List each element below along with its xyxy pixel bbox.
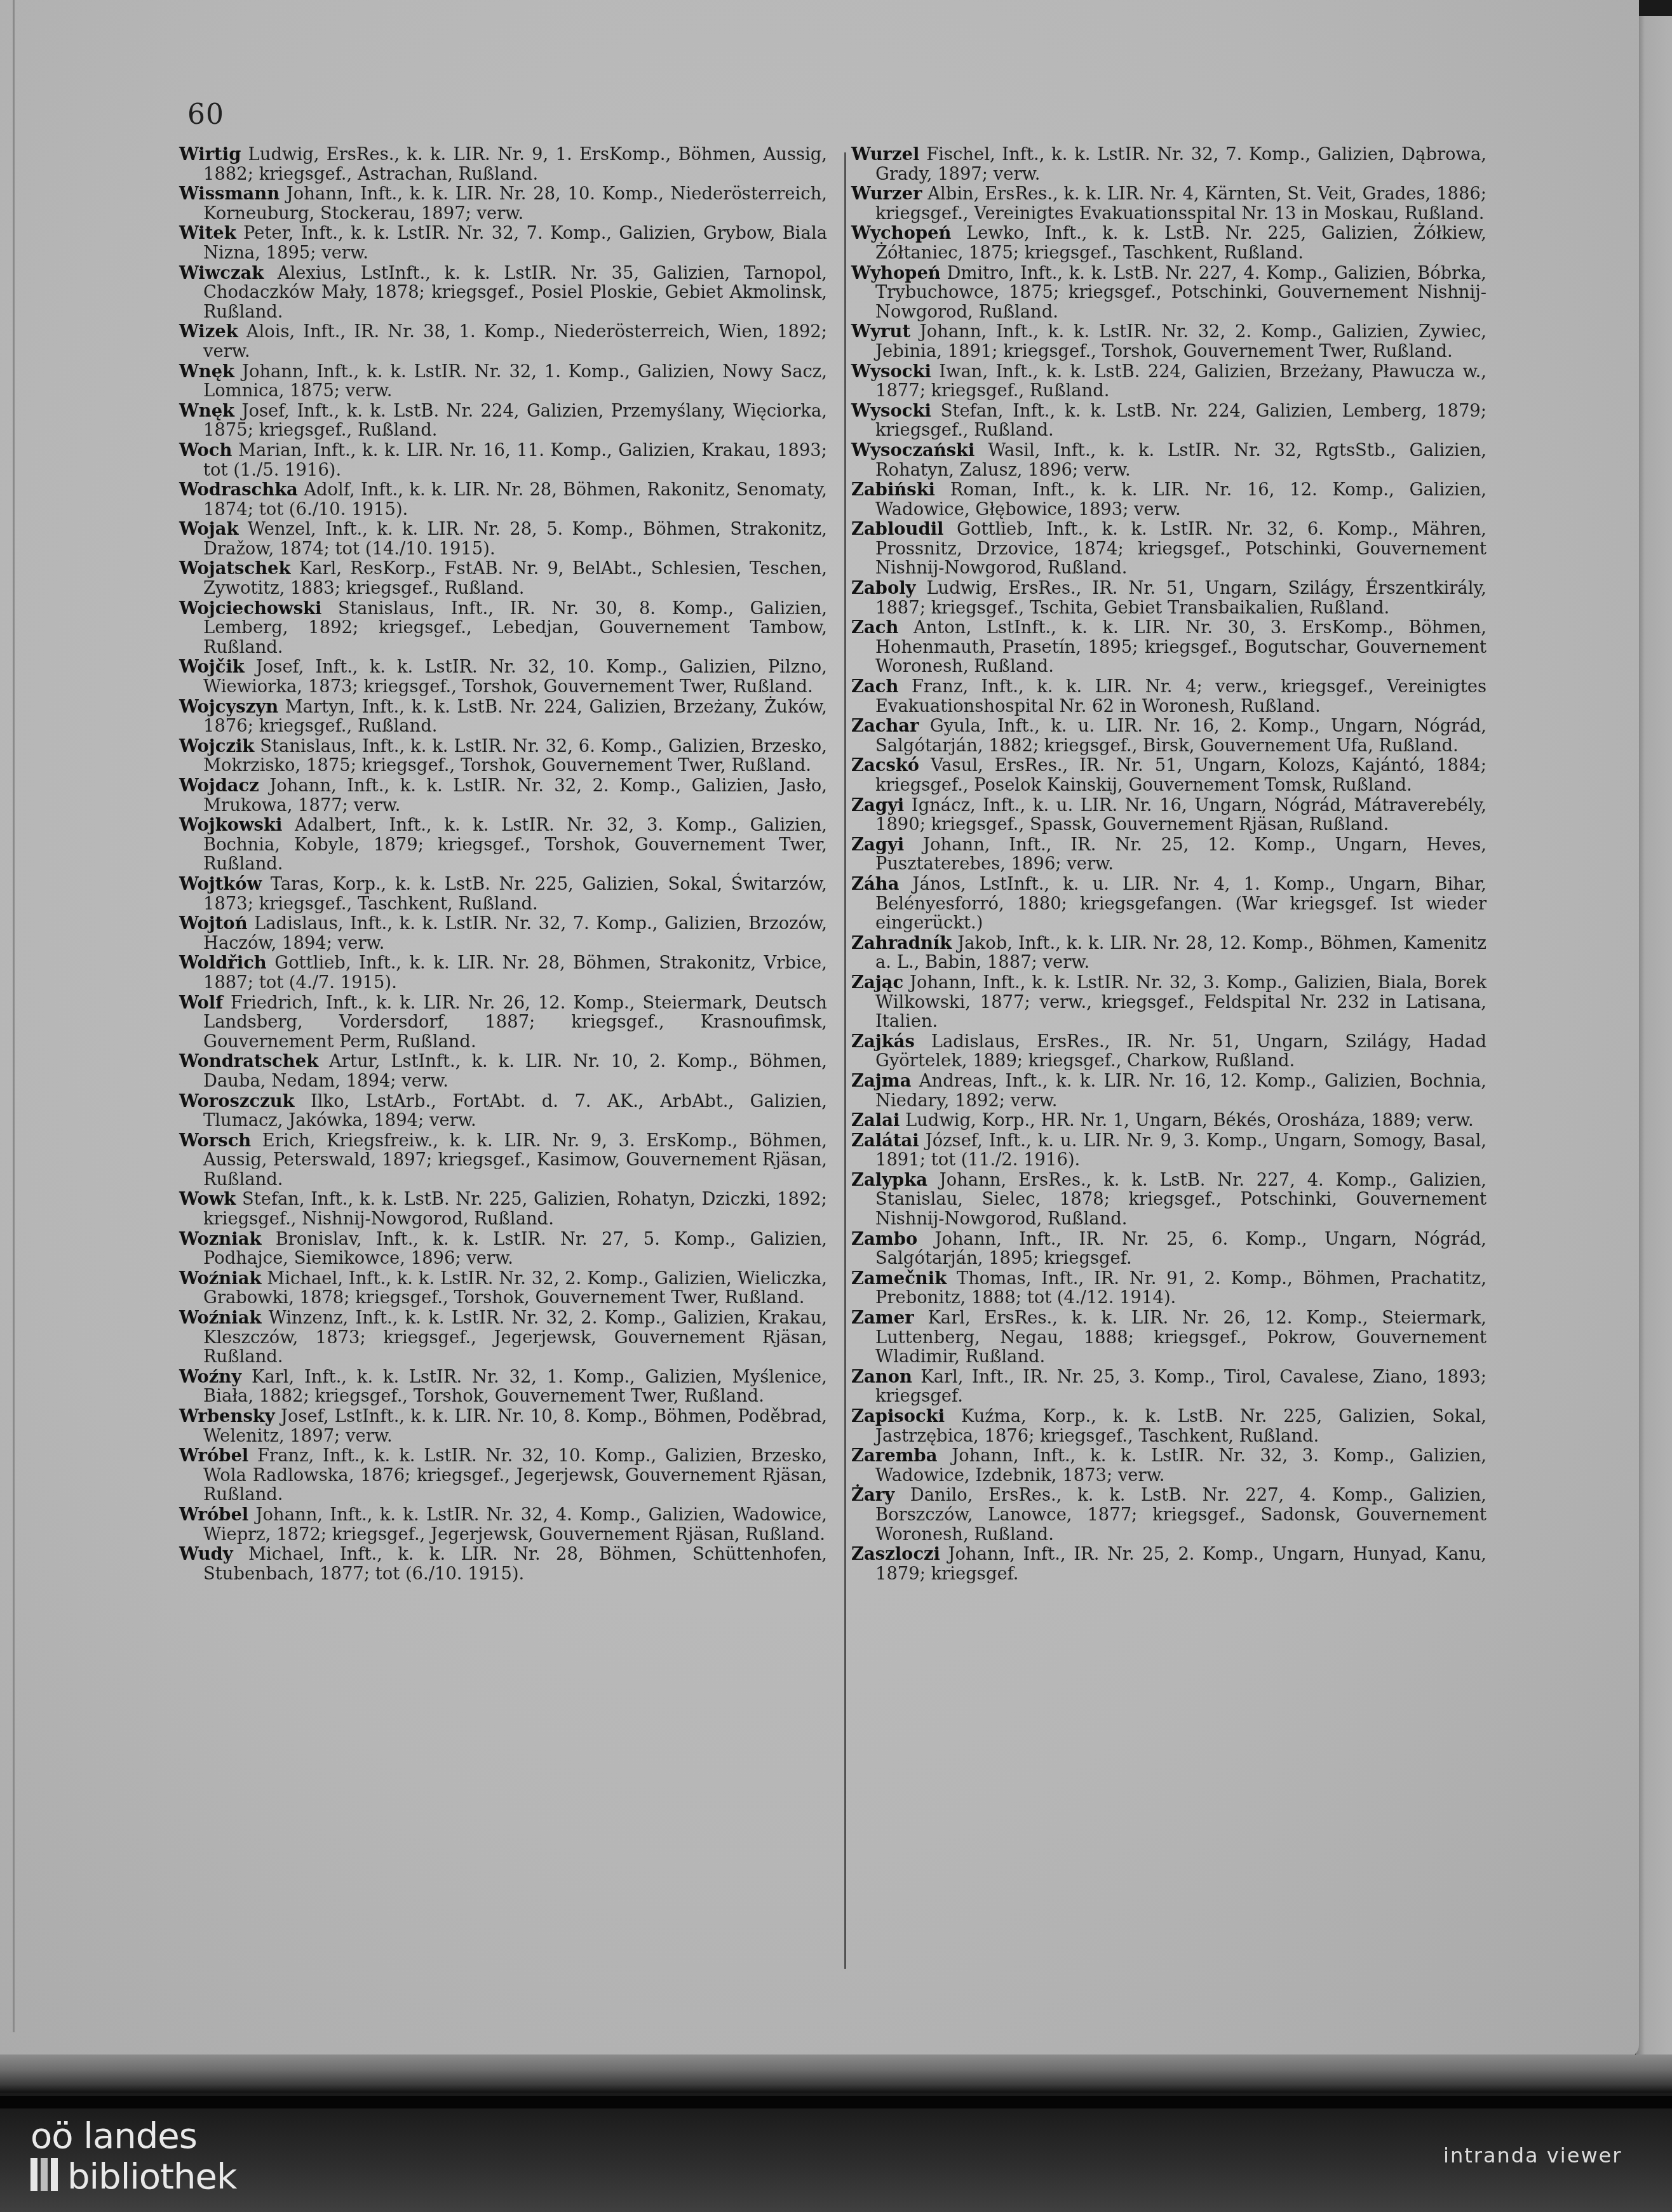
entry-details: Josef, LstInft., k. k. LIR. Nr. 10, 8. K…	[203, 1407, 827, 1446]
entry-details: Albin, ErsRes., k. k. LIR. Nr. 4, Kärnte…	[875, 184, 1487, 224]
entry-details: Peter, Inft., k. k. LstIR. Nr. 32, 7. Ko…	[203, 224, 827, 263]
register-entry: Zajma Andreas, Inft., k. k. LIR. Nr. 16,…	[851, 1071, 1487, 1111]
entry-surname: Wudy	[179, 1544, 233, 1564]
entry-details: Johann, Inft., IR. Nr. 25, 12. Komp., Un…	[875, 835, 1487, 875]
entry-details: Marian, Inft., k. k. LIR. Nr. 16, 11. Ko…	[203, 441, 827, 480]
entry-surname: Żary	[851, 1485, 894, 1505]
entry-surname: Wróbel	[179, 1445, 248, 1466]
entry-details: Ladislaus, ErsRes., IR. Nr. 51, Ungarn, …	[875, 1032, 1487, 1071]
entry-surname: Wirtig	[179, 144, 241, 164]
entry-details: Bronislav, Inft., k. k. LstIR. Nr. 27, 5…	[203, 1230, 827, 1269]
entry-surname: Woźniak	[179, 1268, 261, 1289]
entry-surname: Zachar	[851, 716, 919, 736]
entry-surname: Woźniak	[179, 1308, 261, 1328]
entry-details: Karl, Inft., IR. Nr. 25, 3. Komp., Tirol…	[875, 1367, 1487, 1407]
entry-details: Wenzel, Inft., k. k. LIR. Nr. 28, 5. Kom…	[203, 519, 827, 559]
entry-surname: Zajma	[851, 1071, 911, 1091]
entry-details: Johann, Inft., k. k. LstIR. Nr. 32, 2. K…	[203, 776, 827, 815]
entry-details: Michael, Inft., k. k. LIR. Nr. 28, Böhme…	[203, 1545, 827, 1584]
entry-details: Andreas, Inft., k. k. LIR. Nr. 16, 12. K…	[875, 1071, 1487, 1111]
viewer-product-label[interactable]: intranda viewer	[1443, 2143, 1622, 2168]
register-entry: Zalai Ludwig, Korp., HR. Nr. 1, Ungarn, …	[851, 1111, 1487, 1131]
entry-surname: Wyhopeń	[851, 263, 941, 283]
entry-surname: Wojcyszyn	[179, 697, 278, 717]
register-entry: Zach Anton, LstInft., k. k. LIR. Nr. 30,…	[851, 618, 1487, 677]
entry-details: Ladislaus, Inft., k. k. LstIR. Nr. 32, 7…	[203, 914, 827, 953]
entry-surname: Wojczik	[179, 736, 254, 756]
entry-details: Stanislaus, Inft., k. k. LstIR. Nr. 32, …	[203, 737, 827, 776]
entry-details: Stefan, Inft., k. k. LstB. Nr. 225, Gali…	[203, 1190, 827, 1229]
document-page: 60 Wirtig Ludwig, ErsRes., k. k. LIR. Nr…	[0, 0, 1639, 2058]
entry-details: Franz, Inft., k. k. LstIR. Nr. 32, 10. K…	[203, 1446, 827, 1505]
entry-details: József, Inft., k. u. LIR. Nr. 9, 3. Komp…	[875, 1131, 1487, 1170]
entry-surname: Zanon	[851, 1367, 912, 1387]
register-entry: Wowk Stefan, Inft., k. k. LstB. Nr. 225,…	[179, 1190, 827, 1229]
entry-surname: Wondratschek	[179, 1051, 318, 1071]
entry-surname: Wolf	[179, 993, 223, 1013]
register-entry: Woźny Karl, Inft., k. k. LstIR. Nr. 32, …	[179, 1367, 827, 1407]
entry-surname: Zagyi	[851, 795, 904, 815]
entry-details: Lewko, Inft., k. k. LstB. Nr. 225, Galiz…	[875, 224, 1487, 263]
entry-details: Friedrich, Inft., k. k. LIR. Nr. 26, 12.…	[203, 993, 827, 1052]
entry-surname: Woldřich	[179, 953, 267, 973]
entry-surname: Wodraschka	[179, 479, 298, 500]
entry-surname: Zaremba	[851, 1445, 937, 1466]
register-entry: Zalátai József, Inft., k. u. LIR. Nr. 9,…	[851, 1131, 1487, 1170]
logo-bars-icon	[30, 2158, 61, 2199]
entry-surname: Zajkás	[851, 1031, 915, 1052]
entry-details: Johann, Inft., k. k. LstIR. Nr. 32, 1. K…	[203, 362, 827, 401]
entry-surname: Záha	[851, 874, 899, 894]
entry-surname: Wowk	[179, 1189, 236, 1209]
register-entry: Wojczik Stanislaus, Inft., k. k. LstIR. …	[179, 737, 827, 776]
register-entry: Zahradník Jakob, Inft., k. k. LIR. Nr. 2…	[851, 934, 1487, 973]
register-entry: Zaremba Johann, Inft., k. k. LstIR. Nr. …	[851, 1446, 1487, 1485]
entry-surname: Wróbel	[179, 1505, 248, 1525]
entry-surname: Zamečnik	[851, 1268, 947, 1289]
register-entry: Zabiński Roman, Inft., k. k. LIR. Nr. 16…	[851, 480, 1487, 519]
entry-details: Johann, ErsRes., k. k. LstB. Nr. 227, 4.…	[875, 1170, 1487, 1229]
entry-surname: Zaboly	[851, 578, 916, 598]
register-entry: Żary Danilo, ErsRes., k. k. LstB. Nr. 22…	[851, 1485, 1487, 1545]
entry-surname: Woch	[179, 440, 232, 460]
entry-details: Taras, Korp., k. k. LstB. Nr. 225, Galiz…	[203, 875, 827, 914]
entry-surname: Wozniak	[179, 1229, 261, 1249]
register-entry: Wudy Michael, Inft., k. k. LIR. Nr. 28, …	[179, 1545, 827, 1584]
register-entry: Wnęk Josef, Inft., k. k. LstB. Nr. 224, …	[179, 401, 827, 441]
entry-surname: Zalai	[851, 1110, 900, 1130]
register-entry: Wyrut Johann, Inft., k. k. LstIR. Nr. 32…	[851, 322, 1487, 361]
entry-details: Dmitro, Inft., k. k. LstB. Nr. 227, 4. K…	[875, 264, 1487, 322]
entry-surname: Wysocki	[851, 401, 931, 421]
entry-surname: Wrbensky	[179, 1406, 275, 1426]
register-entry: Wojkowski Adalbert, Inft., k. k. LstIR. …	[179, 815, 827, 875]
entry-details: Gyula, Inft., k. u. LIR. Nr. 16, 2. Komp…	[875, 716, 1487, 756]
register-entry: Wojcyszyn Martyn, Inft., k. k. LstB. Nr.…	[179, 697, 827, 737]
register-entry: Wysoczański Wasil, Inft., k. k. LstIR. N…	[851, 441, 1487, 480]
entry-details: Josef, Inft., k. k. LstIR. Nr. 32, 10. K…	[203, 657, 827, 697]
viewer-footer	[0, 2108, 1672, 2212]
entry-surname: Wychopeń	[851, 223, 951, 243]
entry-details: Vasul, ErsRes., IR. Nr. 51, Ungarn, Kolo…	[875, 756, 1487, 795]
entry-surname: Zach	[851, 617, 898, 638]
register-entry: Wojatschek Karl, ResKorp., FstAB. Nr. 9,…	[179, 559, 827, 598]
entry-details: Jakob, Inft., k. k. LIR. Nr. 28, 12. Kom…	[875, 934, 1487, 973]
register-entry: Zachar Gyula, Inft., k. u. LIR. Nr. 16, …	[851, 716, 1487, 756]
entry-details: Iwan, Inft., k. k. LstB. 224, Galizien, …	[875, 362, 1487, 401]
entry-surname: Wojtoń	[179, 913, 248, 934]
register-entry: Wojčik Josef, Inft., k. k. LstIR. Nr. 32…	[179, 657, 827, 697]
entry-details: Alexius, LstInft., k. k. LstIR. Nr. 35, …	[203, 264, 827, 322]
page-binding-edge	[13, 0, 15, 2032]
register-entry: Wysocki Stefan, Inft., k. k. LstB. Nr. 2…	[851, 401, 1487, 441]
entry-details: Karl, ErsRes., k. k. LIR. Nr. 26, 12. Ko…	[875, 1308, 1487, 1367]
register-entry: Wojak Wenzel, Inft., k. k. LIR. Nr. 28, …	[179, 519, 827, 559]
register-entry: Wozniak Bronislav, Inft., k. k. LstIR. N…	[179, 1230, 827, 1269]
entry-details: Winzenz, Inft., k. k. LstIR. Nr. 32, 2. …	[203, 1308, 827, 1367]
register-entry: Wondratschek Artur, LstInft., k. k. LIR.…	[179, 1052, 827, 1091]
entry-details: Thomas, Inft., IR. Nr. 91, 2. Komp., Böh…	[875, 1269, 1487, 1308]
entry-surname: Wiwczak	[179, 263, 264, 283]
register-entry: Wysocki Iwan, Inft., k. k. LstB. 224, Ga…	[851, 362, 1487, 401]
register-entry: Woźniak Michael, Inft., k. k. LstIR. Nr.…	[179, 1269, 827, 1308]
register-entry: Wolf Friedrich, Inft., k. k. LIR. Nr. 26…	[179, 993, 827, 1052]
entry-details: Johann, Inft., IR. Nr. 25, 6. Komp., Ung…	[875, 1230, 1487, 1269]
entry-surname: Wnęk	[179, 361, 234, 382]
entry-details: Danilo, ErsRes., k. k. LstB. Nr. 227, 4.…	[875, 1485, 1487, 1544]
entry-surname: Wyrut	[851, 321, 910, 342]
left-column: Wirtig Ludwig, ErsRes., k. k. LIR. Nr. 9…	[179, 145, 827, 1584]
register-entry: Wychopeń Lewko, Inft., k. k. LstB. Nr. 2…	[851, 224, 1487, 263]
entry-details: János, LstInft., k. u. LIR. Nr. 4, 1. Ko…	[875, 875, 1487, 933]
register-entry: Wojdacz Johann, Inft., k. k. LstIR. Nr. …	[179, 776, 827, 815]
entry-details: Johann, Inft., k. k. LstIR. Nr. 32, 4. K…	[203, 1505, 827, 1545]
register-entry: Wirtig Ludwig, ErsRes., k. k. LIR. Nr. 9…	[179, 145, 827, 184]
entry-details: Adalbert, Inft., k. k. LstIR. Nr. 32, 3.…	[203, 815, 827, 874]
entry-surname: Zahradník	[851, 933, 952, 953]
register-entry: Wurzer Albin, ErsRes., k. k. LIR. Nr. 4,…	[851, 184, 1487, 224]
register-entry: Wissmann Johann, Inft., k. k. LIR. Nr. 2…	[179, 184, 827, 224]
entry-details: Michael, Inft., k. k. LstIR. Nr. 32, 2. …	[203, 1269, 827, 1308]
register-entry: Wnęk Johann, Inft., k. k. LstIR. Nr. 32,…	[179, 362, 827, 401]
register-entry: Worsch Erich, Kriegsfreiw., k. k. LIR. N…	[179, 1131, 827, 1190]
entry-surname: Zacskó	[851, 755, 919, 775]
entry-details: Martyn, Inft., k. k. LstB. Nr. 224, Gali…	[203, 697, 827, 737]
right-column: Wurzel Fischel, Inft., k. k. LstIR. Nr. …	[851, 145, 1487, 1584]
register-entry: Wyhopeń Dmitro, Inft., k. k. LstB. Nr. 2…	[851, 264, 1487, 323]
entry-surname: Zabloudil	[851, 519, 943, 539]
entry-surname: Wurzel	[851, 144, 919, 164]
column-divider	[844, 152, 846, 1969]
register-entry: Zaboly Ludwig, ErsRes., IR. Nr. 51, Unga…	[851, 579, 1487, 618]
register-entry: Zacskó Vasul, ErsRes., IR. Nr. 51, Ungar…	[851, 756, 1487, 795]
register-entry: Zagyi Ignácz, Inft., k. u. LIR. Nr. 16, …	[851, 796, 1487, 835]
page-bottom-edge	[0, 2054, 1672, 2093]
register-entry: Zapisocki Kuźma, Korp., k. k. LstB. Nr. …	[851, 1407, 1487, 1446]
register-entry: Witek Peter, Inft., k. k. LstIR. Nr. 32,…	[179, 224, 827, 263]
entry-details: Karl, Inft., k. k. LstIR. Nr. 32, 1. Kom…	[203, 1367, 827, 1407]
register-entry: Woźniak Winzenz, Inft., k. k. LstIR. Nr.…	[179, 1308, 827, 1367]
logo-text-line1: oö landes	[30, 2117, 197, 2155]
entry-surname: Zagyi	[851, 835, 904, 855]
register-entry: Woch Marian, Inft., k. k. LIR. Nr. 16, 1…	[179, 441, 827, 480]
entry-details: Fischel, Inft., k. k. LstIR. Nr. 32, 7. …	[875, 145, 1487, 184]
entry-surname: Zambo	[851, 1229, 917, 1249]
entry-surname: Wysocki	[851, 361, 931, 382]
entry-surname: Zalypka	[851, 1170, 927, 1190]
entry-surname: Wnęk	[179, 401, 234, 421]
register-entry: Wizek Alois, Inft., IR. Nr. 38, 1. Komp.…	[179, 322, 827, 361]
entry-details: Johann, Inft., k. k. LstIR. Nr. 32, 3. K…	[875, 973, 1487, 1031]
entry-details: Stefan, Inft., k. k. LstB. Nr. 224, Gali…	[875, 401, 1487, 441]
entry-surname: Wojatschek	[179, 558, 291, 579]
entry-details: Erich, Kriegsfreiw., k. k. LIR. Nr. 9, 3…	[203, 1131, 827, 1190]
entry-details: Johann, Inft., k. k. LstIR. Nr. 32, 2. K…	[875, 322, 1487, 361]
entry-details: Johann, Inft., k. k. LIR. Nr. 28, 10. Ko…	[203, 184, 827, 224]
register-entry: Záha János, LstInft., k. u. LIR. Nr. 4, …	[851, 875, 1487, 934]
register-entry: Wodraschka Adolf, Inft., k. k. LIR. Nr. …	[179, 480, 827, 519]
entry-details: Ignácz, Inft., k. u. LIR. Nr. 16, Ungarn…	[875, 796, 1487, 835]
entry-details: Roman, Inft., k. k. LIR. Nr. 16, 12. Kom…	[875, 480, 1487, 519]
entry-surname: Wojčik	[179, 657, 245, 677]
register-entry: Woldřich Gottlieb, Inft., k. k. LIR. Nr.…	[179, 953, 827, 993]
entry-surname: Zaszloczi	[851, 1544, 940, 1564]
entry-surname: Zalátai	[851, 1130, 919, 1151]
register-entry: Zagyi Johann, Inft., IR. Nr. 25, 12. Kom…	[851, 835, 1487, 875]
entry-details: Gottlieb, Inft., k. k. LIR. Nr. 28, Böhm…	[203, 953, 827, 993]
entry-details: Ilko, LstArb., FortAbt. d. 7. AK., ArbAb…	[203, 1092, 827, 1131]
entry-surname: Wojtków	[179, 874, 262, 894]
register-entry: Wrbensky Josef, LstInft., k. k. LIR. Nr.…	[179, 1407, 827, 1446]
next-page-edge	[1636, 16, 1672, 2074]
register-entry: Wojtoń Ladislaus, Inft., k. k. LstIR. Nr…	[179, 914, 827, 953]
entry-surname: Wojak	[179, 519, 238, 539]
entry-surname: Woroszczuk	[179, 1091, 295, 1111]
register-entry: Zabloudil Gottlieb, Inft., k. k. LstIR. …	[851, 519, 1487, 579]
register-entry: Zając Johann, Inft., k. k. LstIR. Nr. 32…	[851, 973, 1487, 1032]
entry-surname: Wurzer	[851, 184, 922, 204]
entry-details: Kuźma, Korp., k. k. LstB. Nr. 225, Galiz…	[875, 1407, 1487, 1446]
entry-details: Johann, Inft., IR. Nr. 25, 2. Komp., Ung…	[875, 1545, 1487, 1584]
entry-surname: Zając	[851, 972, 903, 993]
entry-details: Josef, Inft., k. k. LstB. Nr. 224, Galiz…	[203, 401, 827, 441]
register-entry: Zaszloczi Johann, Inft., IR. Nr. 25, 2. …	[851, 1545, 1487, 1584]
entry-details: Ludwig, ErsRes., k. k. LIR. Nr. 9, 1. Er…	[203, 145, 827, 184]
entry-details: Ludwig, Korp., HR. Nr. 1, Ungarn, Békés,…	[900, 1111, 1473, 1130]
entry-details: Anton, LstInft., k. k. LIR. Nr. 30, 3. E…	[875, 618, 1487, 676]
entry-surname: Worsch	[179, 1130, 251, 1151]
entry-details: Gottlieb, Inft., k. k. LstIR. Nr. 32, 6.…	[875, 519, 1487, 578]
entry-surname: Witek	[179, 223, 236, 243]
entry-surname: Wojdacz	[179, 775, 259, 796]
register-entry: Wojtków Taras, Korp., k. k. LstB. Nr. 22…	[179, 875, 827, 914]
entry-surname: Zabiński	[851, 479, 935, 500]
entry-details: Johann, Inft., k. k. LstIR. Nr. 32, 3. K…	[875, 1446, 1487, 1485]
register-entry: Zalypka Johann, ErsRes., k. k. LstB. Nr.…	[851, 1170, 1487, 1230]
register-entry: Zamer Karl, ErsRes., k. k. LIR. Nr. 26, …	[851, 1308, 1487, 1367]
entry-surname: Zach	[851, 676, 898, 697]
register-entry: Wojciechowski Stanislaus, Inft., IR. Nr.…	[179, 599, 827, 658]
entry-surname: Wysoczański	[851, 440, 974, 460]
register-entry: Wróbel Franz, Inft., k. k. LstIR. Nr. 32…	[179, 1446, 827, 1505]
entry-details: Alois, Inft., IR. Nr. 38, 1. Komp., Nied…	[203, 322, 827, 361]
register-entry: Zajkás Ladislaus, ErsRes., IR. Nr. 51, U…	[851, 1032, 1487, 1071]
register-entry: Wurzel Fischel, Inft., k. k. LstIR. Nr. …	[851, 145, 1487, 184]
register-entry: Zambo Johann, Inft., IR. Nr. 25, 6. Komp…	[851, 1230, 1487, 1269]
entry-surname: Zamer	[851, 1308, 914, 1328]
entry-surname: Wizek	[179, 321, 238, 342]
logo-text-line2: bibliothek	[30, 2158, 236, 2199]
entry-surname: Wojkowski	[179, 815, 282, 835]
entry-surname: Zapisocki	[851, 1406, 945, 1426]
page-number: 60	[187, 98, 224, 131]
register-entry: Wiwczak Alexius, LstInft., k. k. LstIR. …	[179, 264, 827, 323]
register-entry: Zanon Karl, Inft., IR. Nr. 25, 3. Komp.,…	[851, 1367, 1487, 1407]
entry-details: Franz, Inft., k. k. LIR. Nr. 4; verw., k…	[875, 677, 1487, 716]
register-entry: Zamečnik Thomas, Inft., IR. Nr. 91, 2. K…	[851, 1269, 1487, 1308]
entry-surname: Wissmann	[179, 184, 280, 204]
logo-text-line2-label: bibliothek	[67, 2156, 236, 2197]
entry-surname: Wojciechowski	[179, 598, 321, 619]
register-entry: Woroszczuk Ilko, LstArb., FortAbt. d. 7.…	[179, 1092, 827, 1131]
register-entry: Zach Franz, Inft., k. k. LIR. Nr. 4; ver…	[851, 677, 1487, 716]
entry-surname: Woźny	[179, 1367, 241, 1387]
entry-details: Ludwig, ErsRes., IR. Nr. 51, Ungarn, Szi…	[875, 579, 1487, 618]
entry-details: Karl, ResKorp., FstAB. Nr. 9, BelAbt., S…	[203, 559, 827, 598]
register-entry: Wróbel Johann, Inft., k. k. LstIR. Nr. 3…	[179, 1505, 827, 1545]
